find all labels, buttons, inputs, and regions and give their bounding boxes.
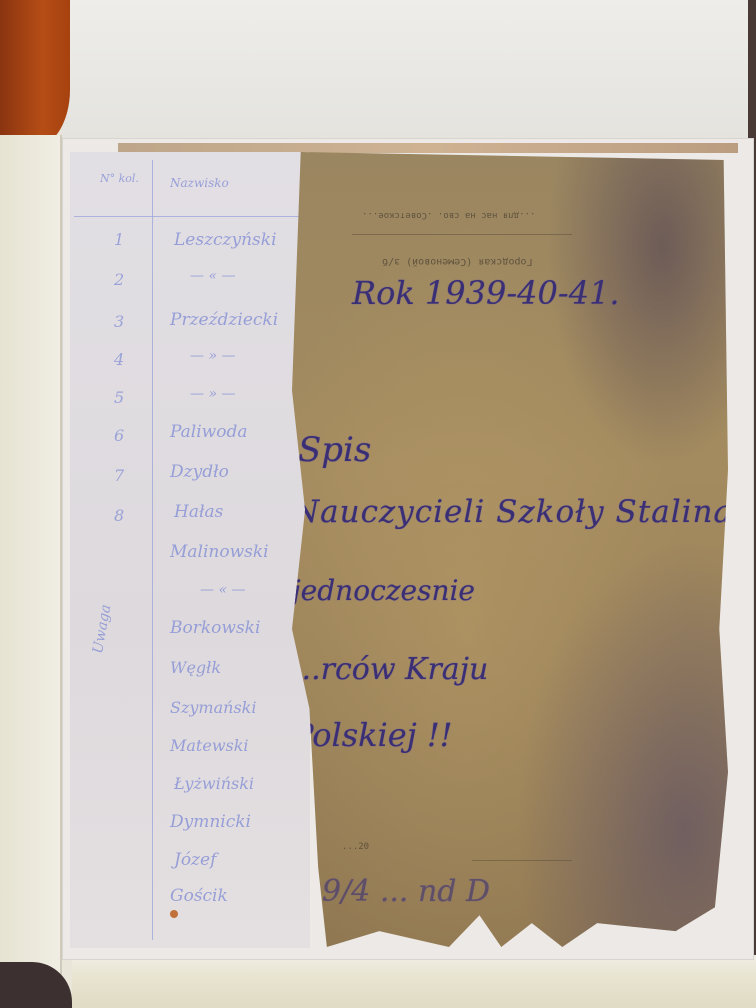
margin-note: Uwaga: [90, 603, 114, 654]
ledger-name: — » —: [190, 348, 235, 364]
ledger-name: Dzydło: [170, 462, 229, 482]
bottom-scrawl: 9/4 ... nd D: [322, 874, 490, 909]
printed-line: ...для нас на сво. .Советское...: [362, 210, 535, 220]
ledger-name: Borkowski: [170, 618, 260, 638]
ledger-name: Hałas: [174, 502, 223, 522]
cover-sheet: ...для нас на сво. .Советское... Городск…: [292, 152, 728, 947]
ledger-name: Dymnicki: [170, 812, 251, 832]
row-number: 2: [114, 270, 124, 289]
row-number: 3: [114, 312, 124, 331]
ledger-name: — « —: [190, 268, 235, 284]
rust-stain: [170, 910, 178, 918]
row-number: 5: [114, 388, 124, 407]
row-number: 6: [114, 426, 124, 445]
ledger-name: — « —: [200, 582, 245, 598]
ledger-page: N° kol. Nazwisko 1 Leszczyński 2 — « — 3…: [70, 152, 310, 948]
bottom-mount-board: [72, 955, 756, 1008]
column-rule: [152, 160, 153, 940]
wooden-table-edge: [0, 0, 70, 150]
ledger-name: Matewski: [170, 736, 249, 755]
printed-header: Городская (Семеновой) з/б: [382, 256, 533, 267]
left-folder-page: [0, 135, 62, 1008]
cover-title-line-2: Nauczycieli Szkoły Stalina: [292, 494, 733, 530]
cover-title-line-3: jednoczesnie: [292, 574, 475, 607]
cover-title-line-4: ...rców Kraju: [292, 652, 488, 687]
ledger-header-name: Nazwisko: [170, 176, 229, 190]
ledger-name: Węgłk: [170, 658, 221, 677]
ledger-name: Józef: [174, 850, 216, 870]
bottom-print: ...20: [342, 842, 369, 852]
ledger-name: Gościk: [170, 886, 228, 906]
cover-title-line-1: Spis: [298, 430, 371, 470]
row-number: 8: [114, 506, 124, 525]
ledger-name: — » —: [190, 386, 235, 402]
ledger-header-number: N° kol.: [100, 172, 139, 185]
bottom-printed-rule: [472, 860, 572, 861]
ledger-name: Malinowski: [170, 542, 269, 562]
row-number: 7: [114, 466, 124, 485]
ledger-name: Szymański: [170, 698, 256, 717]
printed-rule: [352, 234, 572, 235]
ledger-name: Przeździecki: [170, 310, 278, 330]
cover-title-line-5: Polskiej !!: [292, 716, 453, 754]
ledger-name: Paliwoda: [170, 422, 248, 442]
blank-top-sheet: [62, 0, 756, 140]
header-rule: [74, 216, 306, 217]
row-number: 4: [114, 350, 124, 369]
ledger-name: Leszczyński: [174, 230, 277, 250]
cover-year-title: Rok 1939-40-41.: [352, 274, 620, 312]
ledger-name: Łyżwiński: [174, 774, 254, 793]
row-number: 1: [114, 230, 124, 249]
